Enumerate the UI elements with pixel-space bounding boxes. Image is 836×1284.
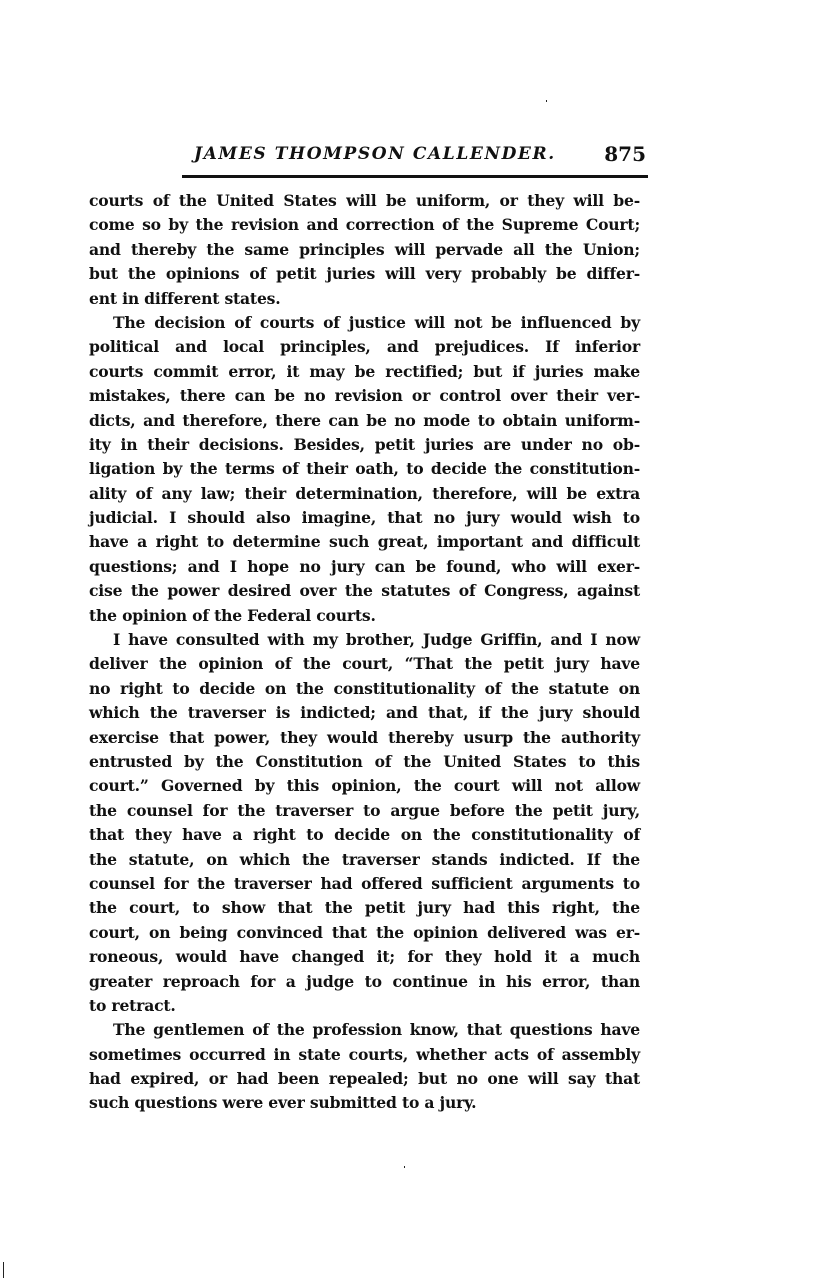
text-line: had expired, or had been repealed; but n… [89, 1067, 640, 1091]
text-line: the court, to show that the petit jury h… [89, 896, 640, 920]
paragraph: The decision of courts of justice will n… [89, 311, 640, 628]
text-line: come so by the revision and correction o… [89, 213, 640, 237]
text-line: the statute, on which the traverser stan… [89, 848, 640, 872]
page-header: JAMES THOMPSON CALLENDER. 875 [182, 140, 650, 170]
text-line: deliver the opinion of the court, “That … [89, 652, 640, 676]
text-line: roneous, would have changed it; for they… [89, 945, 640, 969]
paragraph: courts of the United States will be unif… [89, 189, 640, 311]
text-line: ality of any law; their determination, t… [89, 482, 640, 506]
text-line: and thereby the same principles will per… [89, 238, 640, 262]
text-line: The gentlemen of the profession know, th… [89, 1018, 640, 1042]
text-line: court.” Governed by this opinion, the co… [89, 774, 640, 798]
text-line: court, on being convinced that the opini… [89, 921, 640, 945]
paragraph: The gentlemen of the profession know, th… [89, 1018, 640, 1116]
text-line: dicts, and therefore, there can be no mo… [89, 409, 640, 433]
text-line: The decision of courts of justice will n… [89, 311, 640, 335]
text-line: political and local principles, and prej… [89, 335, 640, 359]
text-line: counsel for the traverser had offered su… [89, 872, 640, 896]
text-line: courts of the United States will be unif… [89, 189, 640, 213]
text-line: that they have a right to decide on the … [89, 823, 640, 847]
text-line: such questions were ever submitted to a … [89, 1091, 640, 1115]
text-line: which the traverser is indicted; and tha… [89, 701, 640, 725]
scan-speck [404, 1166, 405, 1168]
text-line: questions; and I hope no jury can be fou… [89, 555, 640, 579]
page-number: 875 [604, 142, 646, 166]
text-line: cise the power desired over the statutes… [89, 579, 640, 603]
text-line: have a right to determine such great, im… [89, 530, 640, 554]
text-line: I have consulted with my brother, Judge … [89, 628, 640, 652]
paragraph: I have consulted with my brother, Judge … [89, 628, 640, 1018]
scan-speck [546, 100, 547, 102]
text-line: judicial. I should also imagine, that no… [89, 506, 640, 530]
header-rule [182, 175, 648, 178]
text-line: ity in their decisions. Besides, petit j… [89, 433, 640, 457]
text-line: sometimes occurred in state courts, whet… [89, 1043, 640, 1067]
text-line: no right to decide on the constitutional… [89, 677, 640, 701]
text-line: entrusted by the Constitution of the Uni… [89, 750, 640, 774]
text-line: courts commit error, it may be rectified… [89, 360, 640, 384]
scan-edge-mark [3, 1262, 4, 1278]
text-line: ligation by the terms of their oath, to … [89, 457, 640, 481]
text-line: to retract. [89, 994, 640, 1018]
text-line: exercise that power, they would thereby … [89, 726, 640, 750]
running-title: JAMES THOMPSON CALLENDER. [194, 144, 556, 164]
text-line: but the opinions of petit juries will ve… [89, 262, 640, 286]
text-line: the counsel for the traverser to argue b… [89, 799, 640, 823]
text-line: greater reproach for a judge to continue… [89, 970, 640, 994]
text-line: mistakes, there can be no revision or co… [89, 384, 640, 408]
text-line: ent in different states. [89, 287, 640, 311]
body-text: courts of the United States will be unif… [89, 189, 640, 1116]
text-line: the opinion of the Federal courts. [89, 604, 640, 628]
book-page: JAMES THOMPSON CALLENDER. 875 courts of … [0, 0, 836, 1284]
